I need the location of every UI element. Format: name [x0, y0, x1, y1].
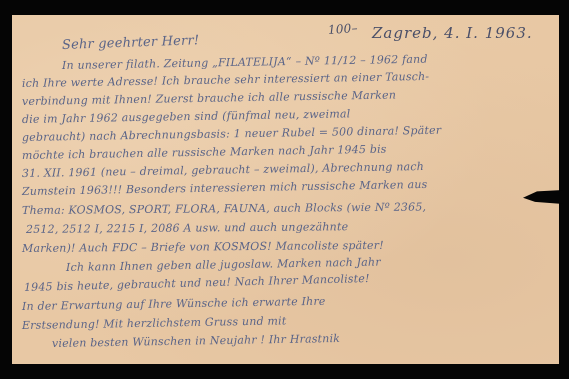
- letter-line-12: Ich kann Ihnen geben alle jugoslaw. Mark…: [66, 256, 381, 274]
- letter-line-9: Thema: KOSMOS, SPORT, FLORA, FAUNA, auch…: [22, 200, 426, 217]
- letter-line-1: In unserer filath. Zeitung „FILATELIJA“ …: [62, 53, 428, 72]
- letter-line-2: ich Ihre werte Adresse! Ich brauche sehr…: [22, 70, 430, 90]
- price-mark: 100–: [328, 21, 359, 37]
- letter-line-4: die im Jahr 1962 ausgegeben sind (fünfma…: [22, 107, 351, 126]
- letter-line-6: möchte ich brauchen alle russische Marke…: [22, 143, 387, 162]
- letter-line-10: 2512, 2512 I, 2215 I, 2086 A usw. und au…: [26, 220, 348, 236]
- postcard: 100– Zagreb, 4. I. 1963. Sehr geehrter H…: [12, 15, 559, 364]
- letter-line-7: 31. XII. 1961 (neu – dreimal, gebraucht …: [22, 160, 424, 180]
- letter-line-15: Erstsendung! Mit herzlichstem Gruss und …: [22, 314, 287, 332]
- date-line: Zagreb, 4. I. 1963.: [372, 24, 533, 42]
- letter-line-5: gebraucht) nach Abrechnungsbasis: 1 neue…: [22, 124, 441, 144]
- greeting: Sehr geehrter Herr!: [62, 33, 200, 53]
- letter-line-11: Marken)! Auch FDC – Briefe von KOSMOS! M…: [22, 239, 384, 255]
- letter-line-8: Zumstein 1963!!! Besonders interessieren…: [22, 178, 428, 198]
- letter-line-14: In der Erwartung auf Ihre Wünsche ich er…: [22, 295, 326, 313]
- letter-line-16: vielen besten Wünschen in Neujahr ! Ihr …: [52, 332, 340, 350]
- letter-line-3: verbindung mit Ihnen! Zuerst brauche ich…: [22, 88, 396, 108]
- letter-line-13: 1945 bis heute, gebraucht und neu! Nach …: [24, 272, 370, 294]
